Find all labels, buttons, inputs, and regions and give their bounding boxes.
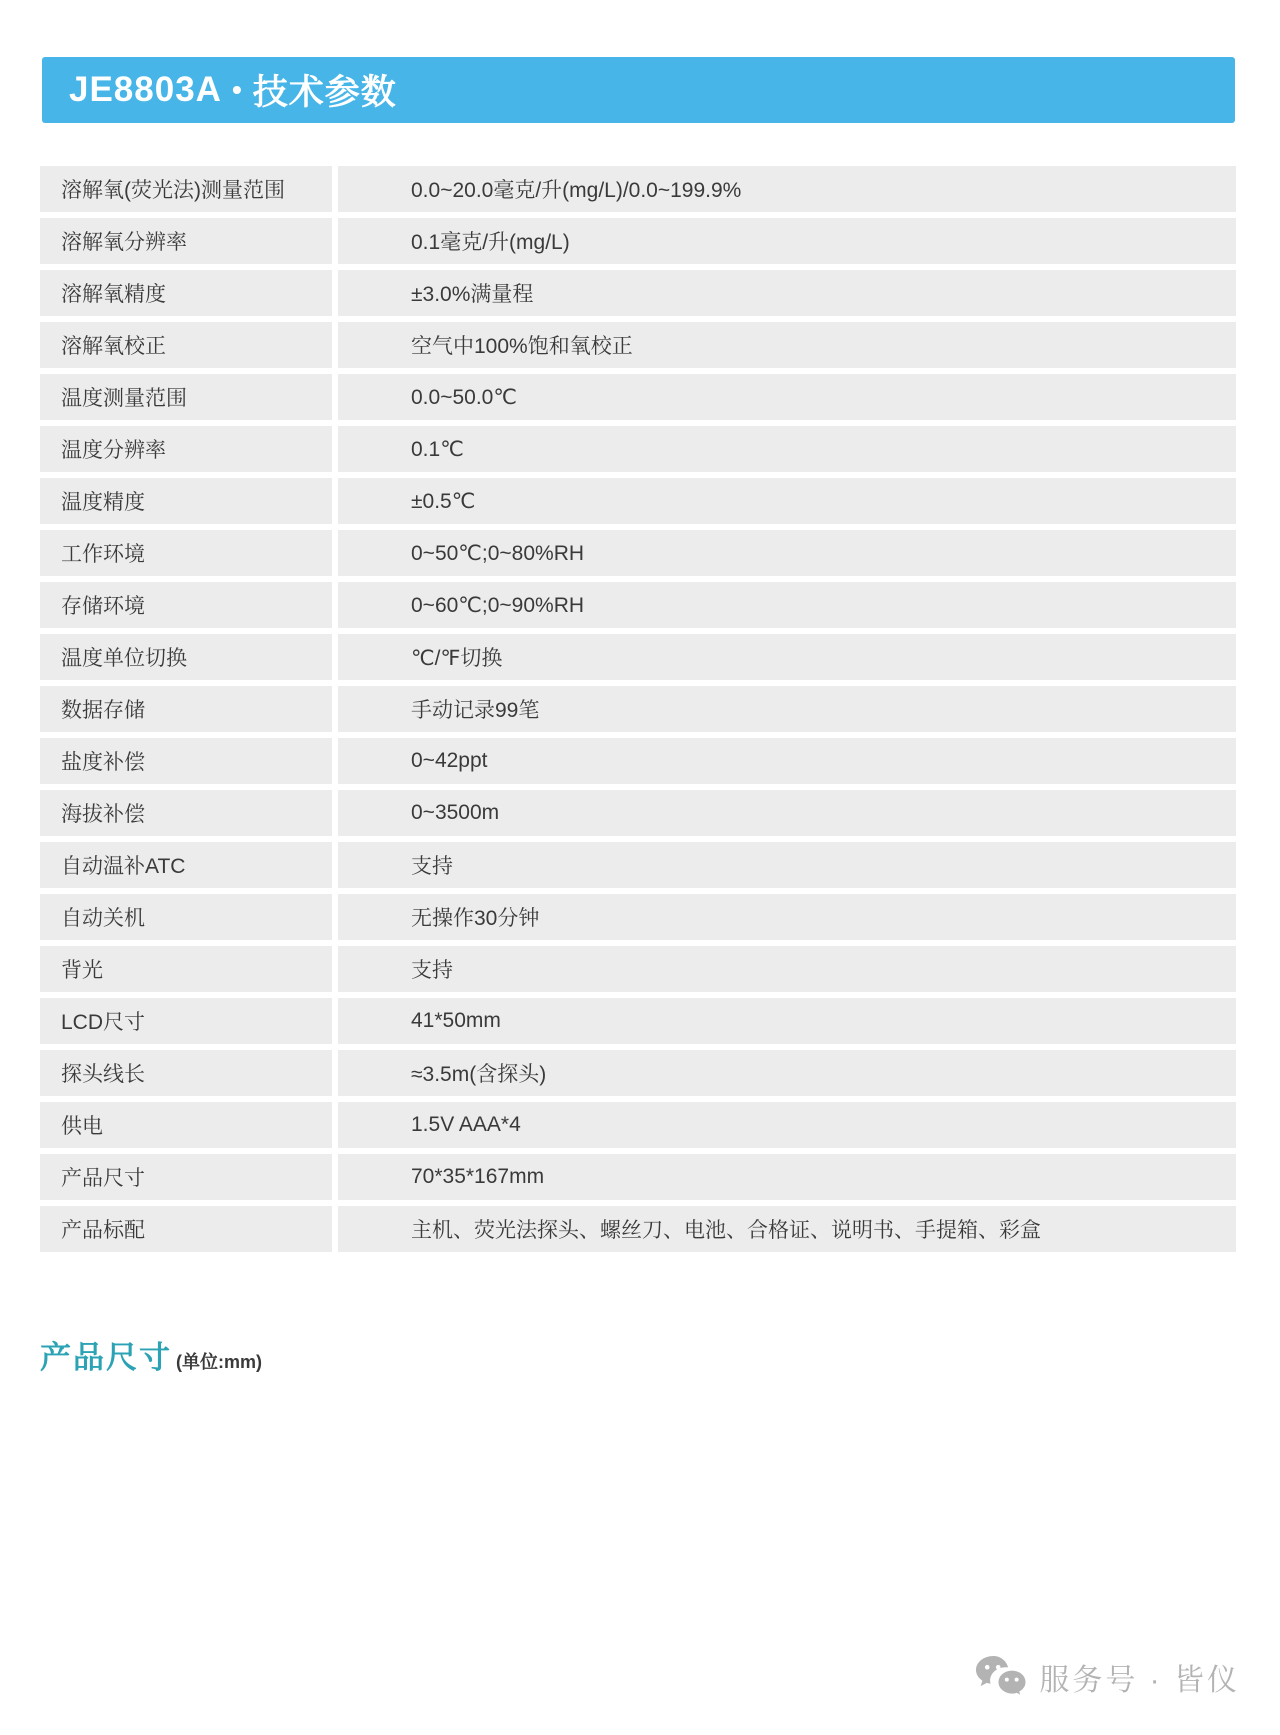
- spec-value: ±0.5℃: [338, 478, 1236, 524]
- spec-label: 溶解氧精度: [40, 270, 332, 316]
- title-separator-dot: •: [232, 76, 243, 104]
- model-name: JE8803A: [69, 70, 222, 110]
- table-row: 溶解氧精度±3.0%满量程: [40, 270, 1236, 316]
- table-row: 背光支持: [40, 946, 1236, 992]
- spec-sheet-page: JE8803A • 技术参数 溶解氧(荧光法)测量范围0.0~20.0毫克/升(…: [0, 0, 1280, 1735]
- spec-value: 空气中100%饱和氧校正: [338, 322, 1236, 368]
- spec-value: 支持: [338, 946, 1236, 992]
- table-row: 自动关机无操作30分钟: [40, 894, 1236, 940]
- spec-value: 70*35*167mm: [338, 1154, 1236, 1200]
- spec-label: 温度单位切换: [40, 634, 332, 680]
- spec-label: 盐度补偿: [40, 738, 332, 784]
- spec-value: 无操作30分钟: [338, 894, 1236, 940]
- spec-label: 产品尺寸: [40, 1154, 332, 1200]
- table-row: 盐度补偿0~42ppt: [40, 738, 1236, 784]
- watermark-text: 服务号 · 皆仪: [1039, 1655, 1240, 1699]
- table-row: 溶解氧(荧光法)测量范围0.0~20.0毫克/升(mg/L)/0.0~199.9…: [40, 166, 1236, 212]
- table-row: 产品标配主机、荧光法探头、螺丝刀、电池、合格证、说明书、手提箱、彩盒: [40, 1206, 1236, 1252]
- spec-value: 0~3500m: [338, 790, 1236, 836]
- table-row: 溶解氧分辨率0.1毫克/升(mg/L): [40, 218, 1236, 264]
- spec-label: 溶解氧校正: [40, 322, 332, 368]
- table-row: 海拔补偿0~3500m: [40, 790, 1236, 836]
- spec-label: LCD尺寸: [40, 998, 332, 1044]
- spec-label: 海拔补偿: [40, 790, 332, 836]
- table-row: 存储环境0~60℃;0~90%RH: [40, 582, 1236, 628]
- table-row: 供电1.5V AAA*4: [40, 1102, 1236, 1148]
- spec-value: 0~60℃;0~90%RH: [338, 582, 1236, 628]
- table-row: 工作环境0~50℃;0~80%RH: [40, 530, 1236, 576]
- spec-value: 主机、荧光法探头、螺丝刀、电池、合格证、说明书、手提箱、彩盒: [338, 1206, 1236, 1252]
- spec-table: 溶解氧(荧光法)测量范围0.0~20.0毫克/升(mg/L)/0.0~199.9…: [40, 166, 1236, 1258]
- header-banner: JE8803A • 技术参数: [42, 57, 1235, 123]
- spec-label: 探头线长: [40, 1050, 332, 1096]
- spec-value: ≈3.5m(含探头): [338, 1050, 1236, 1096]
- dimensions-unit-note: (单位:mm): [176, 1348, 262, 1374]
- table-row: 自动温补ATC支持: [40, 842, 1236, 888]
- spec-label: 存储环境: [40, 582, 332, 628]
- spec-value: 0.0~20.0毫克/升(mg/L)/0.0~199.9%: [338, 166, 1236, 212]
- table-row: 数据存储手动记录99笔: [40, 686, 1236, 732]
- spec-value: 0~42ppt: [338, 738, 1236, 784]
- spec-label: 温度分辨率: [40, 426, 332, 472]
- section-name: 技术参数: [253, 65, 397, 115]
- dimensions-title: 产品尺寸: [40, 1332, 172, 1377]
- spec-label: 自动温补ATC: [40, 842, 332, 888]
- spec-label: 温度精度: [40, 478, 332, 524]
- spec-label: 供电: [40, 1102, 332, 1148]
- spec-value: ±3.0%满量程: [338, 270, 1236, 316]
- spec-value: 0.1℃: [338, 426, 1236, 472]
- spec-label: 数据存储: [40, 686, 332, 732]
- spec-value: 41*50mm: [338, 998, 1236, 1044]
- watermark: 服务号 · 皆仪: [975, 1655, 1240, 1699]
- wechat-icon: [975, 1655, 1027, 1699]
- spec-label: 产品标配: [40, 1206, 332, 1252]
- spec-label: 溶解氧(荧光法)测量范围: [40, 166, 332, 212]
- dimensions-section-heading: 产品尺寸 (单位:mm): [40, 1332, 262, 1377]
- spec-value: 支持: [338, 842, 1236, 888]
- spec-label: 工作环境: [40, 530, 332, 576]
- spec-label: 温度测量范围: [40, 374, 332, 420]
- spec-value: ℃/℉切换: [338, 634, 1236, 680]
- page-title: JE8803A • 技术参数: [69, 65, 397, 115]
- spec-label: 自动关机: [40, 894, 332, 940]
- spec-value: 0.1毫克/升(mg/L): [338, 218, 1236, 264]
- table-row: LCD尺寸41*50mm: [40, 998, 1236, 1044]
- table-row: 温度单位切换℃/℉切换: [40, 634, 1236, 680]
- spec-label: 溶解氧分辨率: [40, 218, 332, 264]
- spec-value: 手动记录99笔: [338, 686, 1236, 732]
- spec-value: 1.5V AAA*4: [338, 1102, 1236, 1148]
- spec-value: 0.0~50.0℃: [338, 374, 1236, 420]
- table-row: 温度分辨率0.1℃: [40, 426, 1236, 472]
- table-row: 温度精度±0.5℃: [40, 478, 1236, 524]
- table-row: 产品尺寸70*35*167mm: [40, 1154, 1236, 1200]
- table-row: 温度测量范围0.0~50.0℃: [40, 374, 1236, 420]
- spec-label: 背光: [40, 946, 332, 992]
- spec-value: 0~50℃;0~80%RH: [338, 530, 1236, 576]
- table-row: 探头线长≈3.5m(含探头): [40, 1050, 1236, 1096]
- table-row: 溶解氧校正空气中100%饱和氧校正: [40, 322, 1236, 368]
